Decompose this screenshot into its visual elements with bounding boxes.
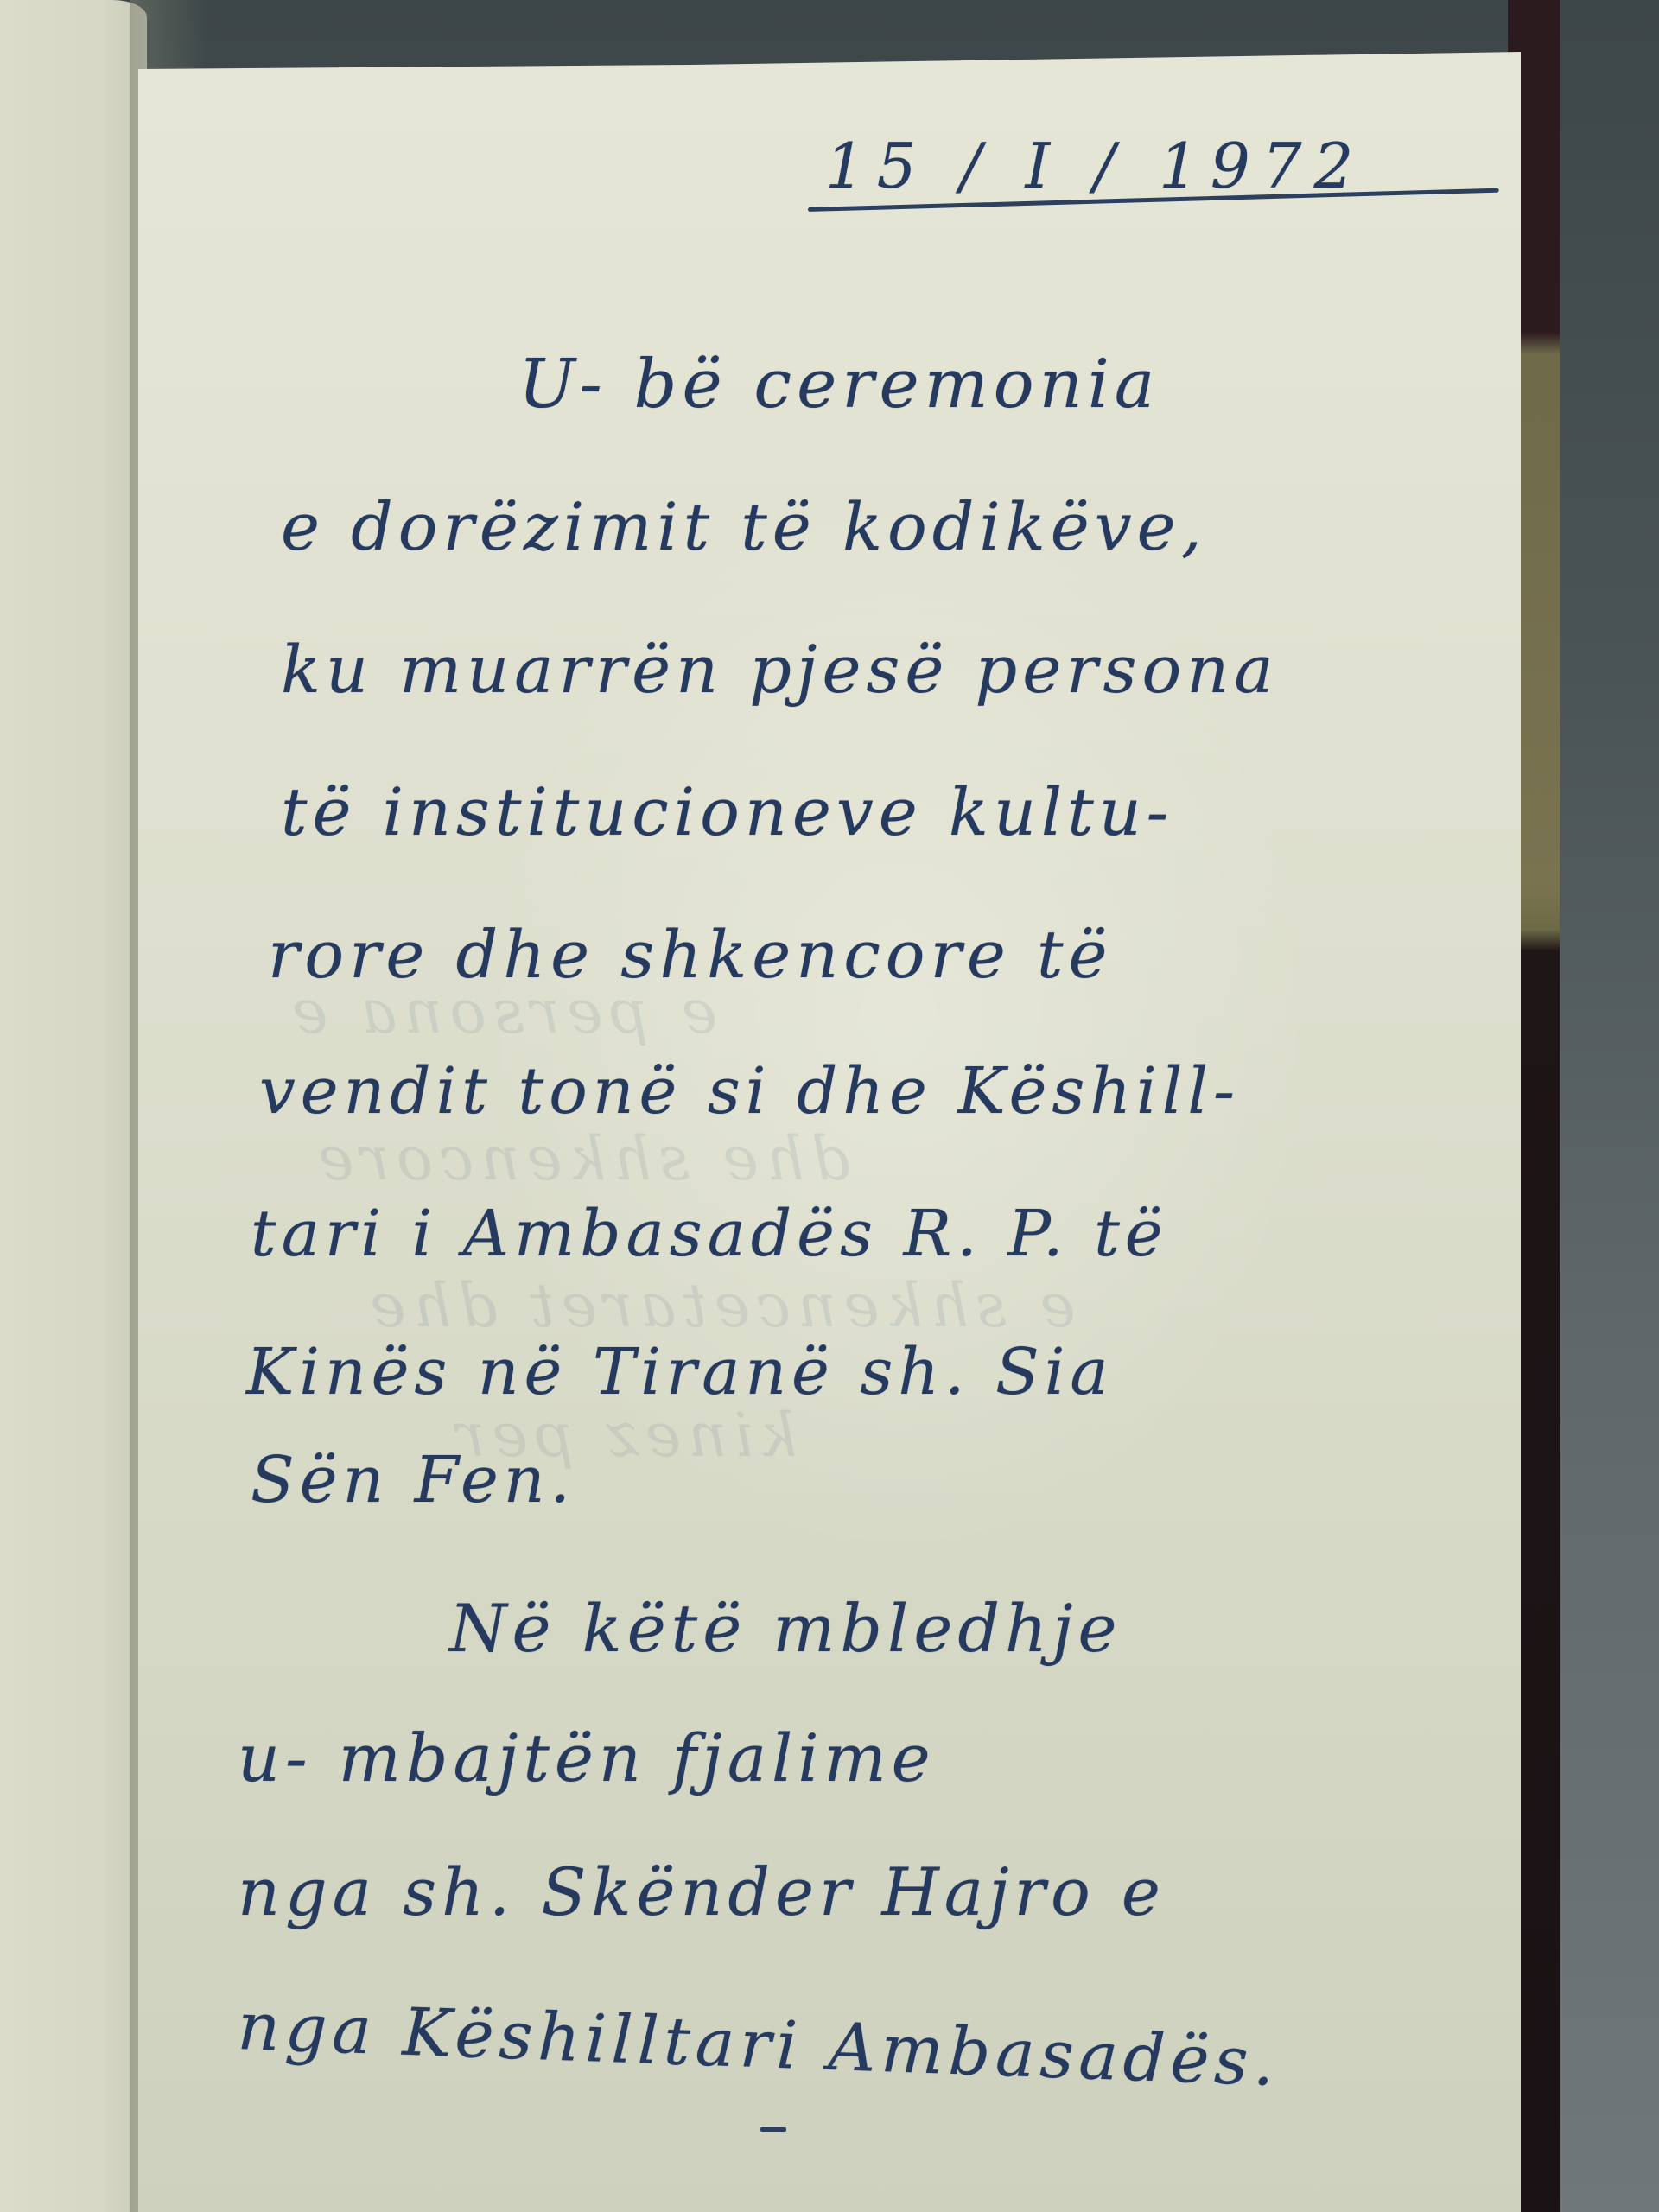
text-line-10: Në këtë mbledhje	[449, 1590, 1122, 1667]
text-line-11: u- mbajtën fjalime	[238, 1719, 936, 1796]
text-line-9: Sën Fen.	[251, 1443, 575, 1517]
text-line-8: Kinës në Tiranë sh. Sia	[246, 1335, 1114, 1409]
bleed-through-text: e shkencetaret dhe	[363, 1270, 1076, 1341]
text-line-4: të institucioneve kultu-	[281, 773, 1173, 850]
text-line-1: U- bë ceremonia	[518, 346, 1160, 423]
text-line-5: rore dhe shkencore të	[268, 916, 1113, 993]
text-line-3: ku muarrën pjesë persona	[281, 631, 1279, 708]
text-line-2: e dorëzimit të kodikëve,	[281, 488, 1207, 565]
left-page	[0, 0, 147, 2212]
entry-date: 15 / I / 1972	[825, 130, 1365, 202]
text-line-12: nga sh. Skënder Hajro e	[238, 1853, 1166, 1930]
text-line-7: tari i Ambasadës R. P. të	[251, 1197, 1168, 1271]
end-mark	[760, 2127, 786, 2132]
text-line-6: vendit tonë si dhe Këshill-	[259, 1054, 1240, 1128]
bleed-through-text: dhe shkencore	[311, 1123, 850, 1194]
